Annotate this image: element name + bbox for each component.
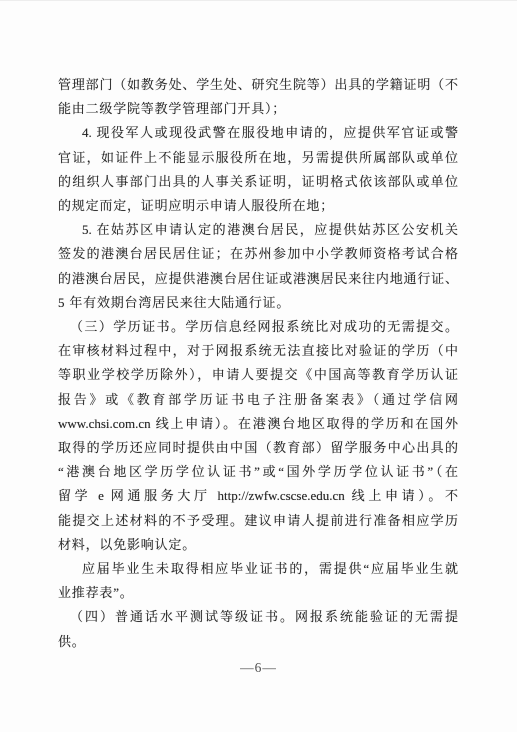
text-line: 材料，以免影响认定。 xyxy=(58,533,458,557)
text-line: 管理部门（如教务处、学生处、研究生院等）出具的学籍证明（不 xyxy=(58,73,458,97)
body-text: 管理部门（如教务处、学生处、研究生院等）出具的学籍证明（不能由二级学院等教学管理… xyxy=(58,73,458,654)
text-line: 的港澳台居民，应提供港澳台居住证或港澳居民来往内地通行证、 xyxy=(58,267,458,291)
text-line: 能提交上述材料的不予受理。建议申请人提前进行准备相应学历 xyxy=(58,509,458,533)
text-line: 留学 e 网通服务大厅 http://zwfw.cscse.edu.cn 线上申… xyxy=(58,484,458,508)
text-line: 5. 在姑苏区申请认定的港澳台居民，应提供姑苏区公安机关 xyxy=(58,218,458,242)
text-line: 取得的学历还应同时提供由中国（教育部）留学服务中心出具的 xyxy=(58,436,458,460)
text-line: 供。 xyxy=(58,630,458,654)
text-line: 等职业学校学历除外），申请人要提交《中国高等教育学历认证 xyxy=(58,363,458,387)
text-line: （三）学历证书。学历信息经网报系统比对成功的无需提交。 xyxy=(58,315,458,339)
text-line: 5 年有效期台湾居民来往大陆通行证。 xyxy=(58,291,458,315)
text-line: www.chsi.com.cn 线上申请）。在港澳台地区取得的学历和在国外 xyxy=(58,412,458,436)
text-line: 官证，如证件上不能显示服役所在地，另需提供所属部队或单位 xyxy=(58,146,458,170)
text-line: 签发的港澳台居民居住证；在苏州参加中小学教师资格考试合格 xyxy=(58,242,458,266)
text-line: “港澳台地区学历学位认证书”或“国外学历学位认证书”（在 xyxy=(58,460,458,484)
text-line: 应届毕业生未取得相应毕业证书的，需提供“应届毕业生就 xyxy=(58,557,458,581)
document-page: 管理部门（如教务处、学生处、研究生院等）出具的学籍证明（不能由二级学院等教学管理… xyxy=(0,0,517,732)
text-line: 的组织人事部门出具的人事关系证明，证明格式依该部队或单位 xyxy=(58,170,458,194)
page-footer: —6— xyxy=(0,660,517,676)
text-line: 报告》或《教育部学历证书电子注册备案表》（通过学信网 xyxy=(58,388,458,412)
text-line: 业推荐表”。 xyxy=(58,581,458,605)
text-line: 在审核材料过程中，对于网报系统无法直接比对验证的学历（中 xyxy=(58,339,458,363)
text-line: 的规定而定，证明应明示申请人服役所在地； xyxy=(58,194,458,218)
text-line: （四）普通话水平测试等级证书。网报系统能验证的无需提 xyxy=(58,605,458,629)
text-line: 4. 现役军人或现役武警在服役地申请的，应提供军官证或警 xyxy=(58,121,458,145)
page-number: —6— xyxy=(240,660,277,675)
text-line: 能由二级学院等教学管理部门开具）； xyxy=(58,97,458,121)
